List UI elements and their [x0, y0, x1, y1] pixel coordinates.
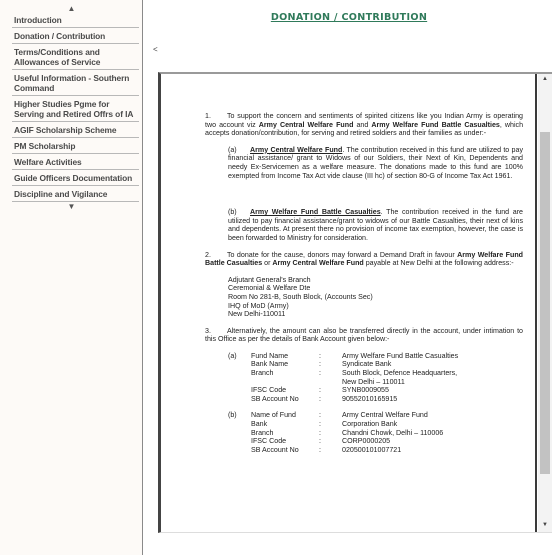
separator [319, 378, 342, 387]
paragraph-3: 3.Alternatively, the amount can also be … [205, 327, 523, 344]
bank-label [228, 420, 251, 429]
bank-field-value: Chandni Chowk, Delhi – 110006 [342, 429, 523, 438]
fund-name-bold: Army Central Welfare Fund [259, 121, 354, 129]
nav-list: Introduction Donation / Contribution Ter… [12, 12, 139, 202]
bank-field-value: 90552010165915 [342, 395, 523, 404]
text: or [262, 259, 272, 267]
address-line: Adjutant General's Branch [228, 276, 523, 285]
separator: : [319, 395, 342, 404]
bank-label [228, 378, 251, 387]
fund-name-bold: Army Welfare Fund Battle Casualties [371, 121, 499, 129]
separator: : [319, 429, 342, 438]
sidebar-item-discipline-vigilance[interactable]: Discipline and Vigilance [12, 186, 139, 202]
bank-field-key: Fund Name [251, 352, 319, 361]
document-viewer[interactable]: 1.To support the concern and sentiments … [158, 72, 552, 533]
separator: : [319, 446, 342, 455]
bank-label [228, 386, 251, 395]
bank-label [228, 369, 251, 378]
address-line: Ceremonial & Welfare Dte [228, 284, 523, 293]
bank-label [228, 446, 251, 455]
bank-field-value: Corporation Bank [342, 420, 523, 429]
bank-field-key: Branch [251, 429, 319, 438]
sidebar-item-welfare-activities[interactable]: Welfare Activities [12, 154, 139, 170]
sidebar-item-higher-studies[interactable]: Higher Studies Pgme for Serving and Reti… [12, 96, 139, 122]
sidebar-item-guide-officers[interactable]: Guide Officers Documentation [12, 170, 139, 186]
scroll-up-icon[interactable]: ▲ [538, 76, 552, 82]
sub-label: (b) [228, 208, 250, 217]
sidebar-item-terms-conditions[interactable]: Terms/Conditions and Allowances of Servi… [12, 44, 139, 70]
document-page: 1.To support the concern and sentiments … [161, 74, 537, 532]
fund-name-bold: Army Central Welfare Fund [272, 259, 363, 267]
text: To donate for the cause, donors may forw… [227, 251, 457, 259]
sub-label: (a) [228, 146, 250, 155]
text: and [353, 121, 371, 129]
address-line: New Delhi-110011 [228, 310, 523, 319]
document-scrollbar[interactable]: ▲ ▼ [538, 74, 552, 532]
sidebar-item-useful-information[interactable]: Useful Information - Southern Command [12, 70, 139, 96]
bank-field-key [251, 378, 319, 387]
paragraph-number: 1. [205, 112, 227, 121]
bank-label: (b) [228, 411, 251, 420]
bank-field-key: SB Account No [251, 395, 319, 404]
paragraph-1b: (b)Army Welfare Fund Battle Casualties. … [228, 208, 523, 242]
bank-label [228, 437, 251, 446]
separator: : [319, 369, 342, 378]
paragraph-number: 2. [205, 251, 227, 260]
bank-field-value: Syndicate Bank [342, 360, 523, 369]
paragraph-1: 1.To support the concern and sentiments … [205, 112, 523, 138]
separator: : [319, 352, 342, 361]
page-title: DONATION / CONTRIBUTION [143, 12, 555, 23]
bank-field-value: New Delhi – 110011 [342, 378, 523, 387]
address-line: Room No 281-B, South Block, (Accounts Se… [228, 293, 523, 302]
sub-heading: Army Central Welfare Fund [250, 146, 342, 154]
collapse-sidebar-icon[interactable]: < [153, 45, 158, 54]
bank-label [228, 395, 251, 404]
paragraph-number: 3. [205, 327, 227, 336]
bank-field-value: SYNB0009055 [342, 386, 523, 395]
paragraph-2: 2.To donate for the cause, donors may fo… [205, 251, 523, 268]
separator: : [319, 437, 342, 446]
bank-field-key: Bank [251, 420, 319, 429]
separator: : [319, 411, 342, 420]
address-line: IHQ of MoD (Army) [228, 302, 523, 311]
text: Alternatively, the amount can also be tr… [205, 327, 523, 344]
separator: : [319, 360, 342, 369]
sidebar-nav: ▲ Introduction Donation / Contribution T… [0, 0, 143, 555]
bank-field-key: Name of Fund [251, 411, 319, 420]
bank-field-key: IFSC Code [251, 386, 319, 395]
separator: : [319, 420, 342, 429]
bank-field-value: 020500101007721 [342, 446, 523, 455]
sidebar-item-agif-scholarship[interactable]: AGIF Scholarship Scheme [12, 122, 139, 138]
bank-field-key: Branch [251, 369, 319, 378]
bank-field-key: SB Account No [251, 446, 319, 455]
bank-details-a: (a)Fund Name:Army Welfare Fund Battle Ca… [228, 352, 523, 404]
bank-field-value: Army Central Welfare Fund [342, 411, 523, 420]
sidebar-item-pm-scholarship[interactable]: PM Scholarship [12, 138, 139, 154]
sub-heading: Army Welfare Fund Battle Casualties [250, 208, 381, 216]
sidebar-item-introduction[interactable]: Introduction [12, 12, 139, 28]
paragraph-1a: (a)Army Central Welfare Fund. The contri… [228, 146, 523, 180]
scroll-down-icon[interactable]: ▼ [0, 202, 143, 212]
scrollbar-thumb[interactable] [540, 132, 550, 474]
bank-field-key: Bank Name [251, 360, 319, 369]
sidebar-item-donation-contribution[interactable]: Donation / Contribution [12, 28, 139, 44]
bank-field-key: IFSC Code [251, 437, 319, 446]
text: payable at New Delhi at the following ad… [364, 259, 514, 267]
scroll-down-icon[interactable]: ▼ [538, 522, 552, 528]
bank-field-value: Army Welfare Fund Battle Casualties [342, 352, 523, 361]
bank-field-value: South Block, Defence Headquarters, [342, 369, 523, 378]
bank-label [228, 429, 251, 438]
bank-label [228, 360, 251, 369]
document-content: 1.To support the concern and sentiments … [205, 112, 523, 462]
bank-label: (a) [228, 352, 251, 361]
separator: : [319, 386, 342, 395]
bank-details-b: (b)Name of Fund:Army Central Welfare Fun… [228, 411, 523, 454]
postal-address: Adjutant General's Branch Ceremonial & W… [228, 276, 523, 319]
bank-field-value: CORP0000205 [342, 437, 523, 446]
